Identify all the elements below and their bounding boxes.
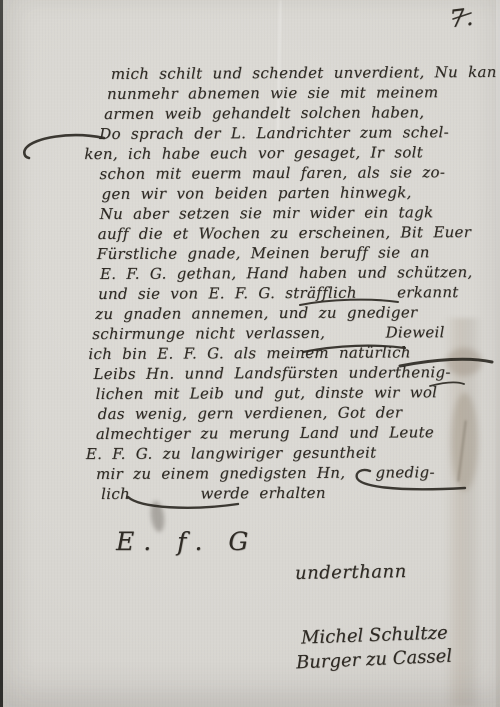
letter-line: E. F. G. zu langwiriger gesuntheit — [86, 442, 476, 464]
letter-line: Nu aber setzen sie mir wider ein tagk — [100, 202, 475, 224]
scan-edge-right — [496, 0, 500, 707]
letter-line: nunmehr abnemen wie sie mit meinem — [107, 82, 474, 104]
letter-line: Do sprach der L. Landrichter zum schel- — [99, 122, 474, 144]
letter-line: Fürstliche gnade, Meinen beruff sie an — [97, 242, 475, 264]
letter-line: und sie von E. F. G. sträfflich erkannt — [98, 282, 475, 304]
letter-line: E. F. G. gethan, Hand haben und schützen… — [100, 262, 475, 284]
page-number: 7. — [448, 3, 474, 34]
letter-line: armen weib gehandelt solchen haben, — [104, 102, 474, 124]
scan-edge-left — [0, 0, 3, 707]
letter-line: schirmunge nicht verlassen, Dieweil — [92, 322, 475, 344]
letter-line: ken, ich habe euch vor gesaget, Ir solt — [84, 142, 474, 164]
letter-line: lich werde erhalten — [101, 482, 476, 504]
letter-line: mir zu einem gnedigsten Hn, gnedig- — [96, 462, 476, 484]
signature-title: Burger zu Cassel — [296, 646, 453, 674]
letter-line: ich bin E. F. G. als meinem natürlich — [88, 342, 475, 364]
letter-line: zu gnaden annemen, und zu gnediger — [95, 302, 475, 324]
letter-line: lichen mit Leib und gut, dinste wir wol — [96, 382, 476, 404]
letter-line: schon mit euerm maul faren, als sie zo- — [99, 162, 474, 184]
letter-line: mich schilt und schendet unverdient, Nu … — [111, 62, 474, 84]
letter-line: auff die et Wochen zu erscheinen, Bit Eu… — [98, 222, 475, 244]
letter-body: mich schilt und schendet unverdient, Nu … — [94, 62, 476, 504]
letter-line: gen wir von beiden parten hinwegk, — [101, 182, 474, 204]
closing-initials: E. f. G — [116, 527, 257, 556]
letter-line: das wenig, gern verdienen, Got der — [98, 402, 476, 424]
signature-name: Michel Schultze — [301, 622, 448, 648]
subscription: underthann — [295, 561, 407, 584]
letter-line: Leibs Hn. unnd Landsfürsten underthenig- — [93, 362, 475, 384]
manuscript-page: 7. mich schilt und schendet unverdient, … — [0, 0, 500, 707]
letter-line: almechtiger zu merung Land und Leute — [96, 422, 476, 444]
